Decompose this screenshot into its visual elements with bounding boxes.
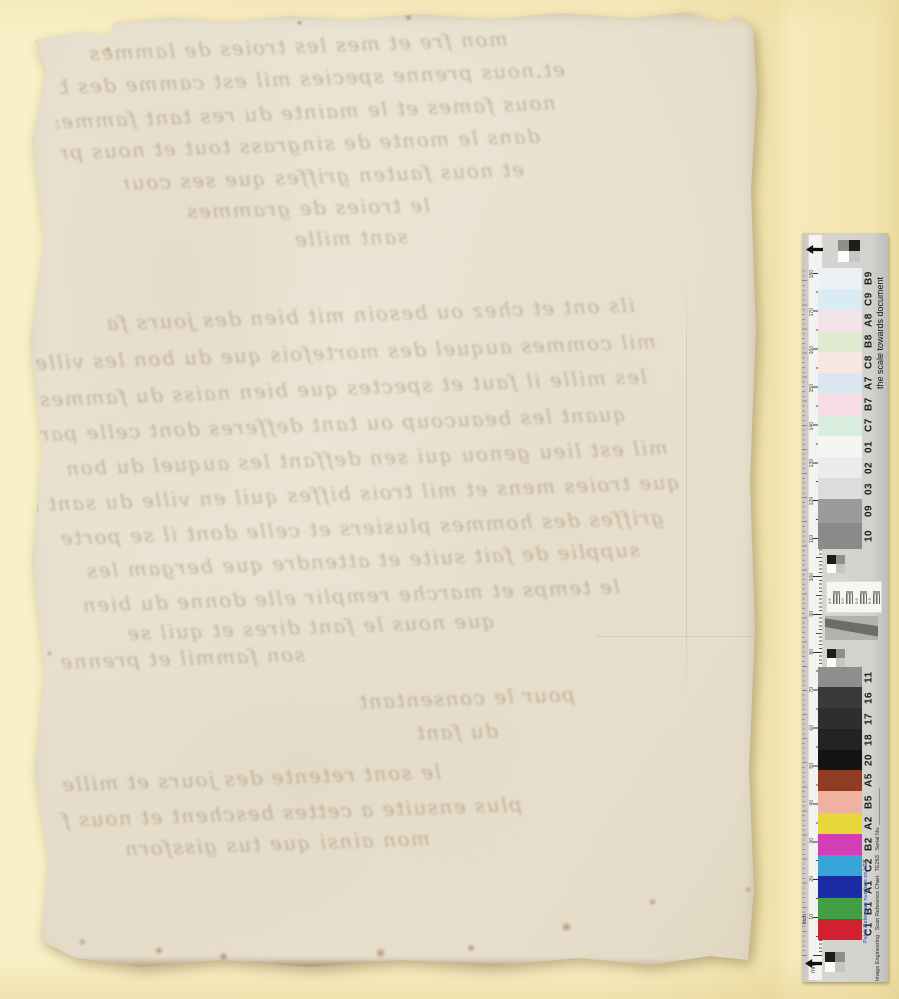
color-patch: C8 (818, 352, 862, 373)
handwriting-ghost-text: et nous fauten griffes que ses courann (124, 157, 525, 198)
checker-patch (825, 952, 845, 972)
foxing-spot (78, 938, 87, 946)
resolution-target-box: 4.5 5.0 5.6 6.3 (826, 581, 882, 613)
patch-swatch (818, 750, 862, 770)
color-patch: 01 (818, 436, 862, 457)
foxing-spot (466, 944, 476, 952)
color-patch: A2 (818, 813, 862, 834)
handwriting-ghost-line: pour le consentant (350, 682, 576, 717)
handwriting-ghost-text: plus ensuite a cettes beschent et nous f… (60, 792, 523, 835)
checker-patch (838, 240, 860, 262)
resolution-label: 5.0 (841, 594, 845, 604)
patch-group-lower: 11 16 17 18 20 A5 B5 (818, 667, 862, 940)
color-patch: 16 (818, 687, 862, 708)
foxing-spot (560, 922, 573, 932)
resolution-pattern: 4.5 (828, 591, 840, 604)
color-patch: B7 (818, 394, 862, 415)
patch-swatch (818, 791, 862, 813)
vertical-fold-crease (686, 278, 687, 698)
handwriting-ghost-line: le troies de grammes bon (185, 193, 431, 226)
handwriting-ghost-line: ils ont et chez ou besoin mit bien des j… (105, 293, 636, 338)
foxing-spot (30, 440, 41, 450)
handwriting-ghost-text: ils ont et chez ou besoin mit bien des j… (105, 293, 636, 338)
handwriting-ghost-line: du fant (388, 719, 499, 749)
patch-swatch (818, 523, 862, 549)
patch-group-upper: B9 C9 A8 B8 C8 A7 B7 (818, 268, 862, 549)
resolution-pattern: 6.3 (868, 591, 880, 604)
handwriting-ghost-text: du fant (388, 719, 499, 749)
foxing-spot (46, 650, 53, 657)
handwriting-ghost-text: le troies de grammes bon (185, 193, 431, 226)
resolution-label: 4.5 (828, 594, 832, 604)
patch-swatch (818, 919, 862, 940)
calibration-ruler-strip: 1020304050607080901001101201301401501601… (802, 233, 888, 982)
patch-swatch (818, 729, 862, 750)
patch-swatch (818, 457, 862, 478)
patch-swatch (818, 770, 862, 791)
handwriting-ghost-line: plus ensuite a cettes beschent et nous f… (60, 792, 523, 835)
color-patch: 20 (818, 750, 862, 770)
color-patch: 02 (818, 457, 862, 478)
resolution-patterns: 4.5 5.0 5.6 6.3 (827, 591, 881, 604)
color-patch: A8 (818, 310, 862, 331)
gray-wedge-patch (825, 616, 878, 640)
patch-swatch (818, 394, 862, 415)
patch-label: 10 (862, 521, 877, 551)
patch-swatch (818, 499, 862, 523)
inch-unit-label: Inch (803, 914, 809, 924)
checker-patch (827, 649, 845, 667)
patch-swatch (818, 352, 862, 373)
foxing-spot (404, 14, 413, 21)
paper-sheet: mon fre et mes les troies de lammes fant… (20, 10, 760, 985)
strip-title: the scale towards document (876, 237, 886, 389)
foxing-spot (708, 962, 719, 971)
foxing-spot (296, 20, 303, 26)
checker-patch (827, 555, 845, 573)
patch-swatch (818, 373, 862, 394)
mm-number: 180 (810, 270, 815, 278)
patch-swatch (818, 268, 862, 289)
bottom-grime-band (28, 953, 720, 979)
color-patch: A1 (818, 876, 862, 898)
color-patch: 10 (818, 523, 862, 549)
foxing-spot (648, 898, 657, 906)
color-patch: 18 (818, 729, 862, 750)
patch-swatch (818, 708, 862, 729)
color-patch: B5 (818, 791, 862, 813)
patch-swatch (818, 331, 862, 352)
patch-swatch (818, 289, 862, 310)
foxing-spot (744, 886, 752, 893)
color-patch: A7 (818, 373, 862, 394)
patch-swatch (818, 898, 862, 919)
color-patch: 03 (818, 478, 862, 499)
foxing-spot (104, 46, 112, 53)
patch-swatch (818, 813, 862, 834)
color-patch: B2 (818, 834, 862, 855)
color-patch: 11 (818, 667, 862, 687)
patch-swatch (818, 415, 862, 436)
patch-swatch (818, 855, 862, 876)
patch-swatch (818, 436, 862, 457)
manufacturer-note: Image Engineering Scan Reference Chart T… (875, 791, 882, 981)
resolution-label: 6.3 (868, 594, 872, 604)
color-patch: A5 (818, 770, 862, 791)
resolution-bars-icon (860, 591, 867, 604)
color-patch: C9 (818, 289, 862, 310)
handwriting-ghost-line: sant mille (278, 224, 409, 254)
resolution-pattern: 5.6 (855, 591, 867, 604)
patch-swatch (818, 876, 862, 898)
patch-swatch (818, 687, 862, 708)
handwriting-ghost-text: pour le consentant (350, 682, 576, 717)
color-patch: C2 (818, 855, 862, 876)
foxing-spot (26, 295, 36, 304)
color-patch: B8 (818, 331, 862, 352)
color-patch: B9 (818, 268, 862, 289)
resolution-label: 5.6 (855, 594, 859, 604)
foxing-spot (536, 74, 542, 79)
color-patch: C1 (818, 919, 862, 940)
resolution-bars-icon (846, 591, 853, 604)
handwriting-ghost-text: sant mille (278, 224, 409, 254)
patch-column: B9 C9 A8 B8 C8 A7 B7 (818, 268, 862, 940)
resolution-bars-icon (873, 591, 880, 604)
patch-swatch (818, 667, 862, 687)
patch-swatch (818, 310, 862, 331)
patch-reference-note: Patch Reference numbers on UTT (863, 841, 870, 943)
patch-swatch (818, 834, 862, 855)
horizontal-fold-crease (595, 636, 760, 637)
color-patch: C7 (818, 415, 862, 436)
color-patch: 09 (818, 499, 862, 523)
handwriting-ghost-line: et nous fauten griffes que ses courann (124, 157, 525, 198)
color-patch: B1 (818, 898, 862, 919)
handwriting-ghost-line: le sont retente des jours et mille (56, 759, 442, 799)
color-patch: 17 (818, 708, 862, 729)
handwriting-ghost-text: le sont retente des jours et mille (56, 759, 442, 799)
patch-swatch (818, 478, 862, 499)
document-page: mon fre et mes les troies de lammes fant… (20, 10, 760, 985)
archival-scan-scene: mon fre et mes les troies de lammes fant… (0, 0, 899, 999)
resolution-pattern: 5.0 (841, 591, 853, 604)
